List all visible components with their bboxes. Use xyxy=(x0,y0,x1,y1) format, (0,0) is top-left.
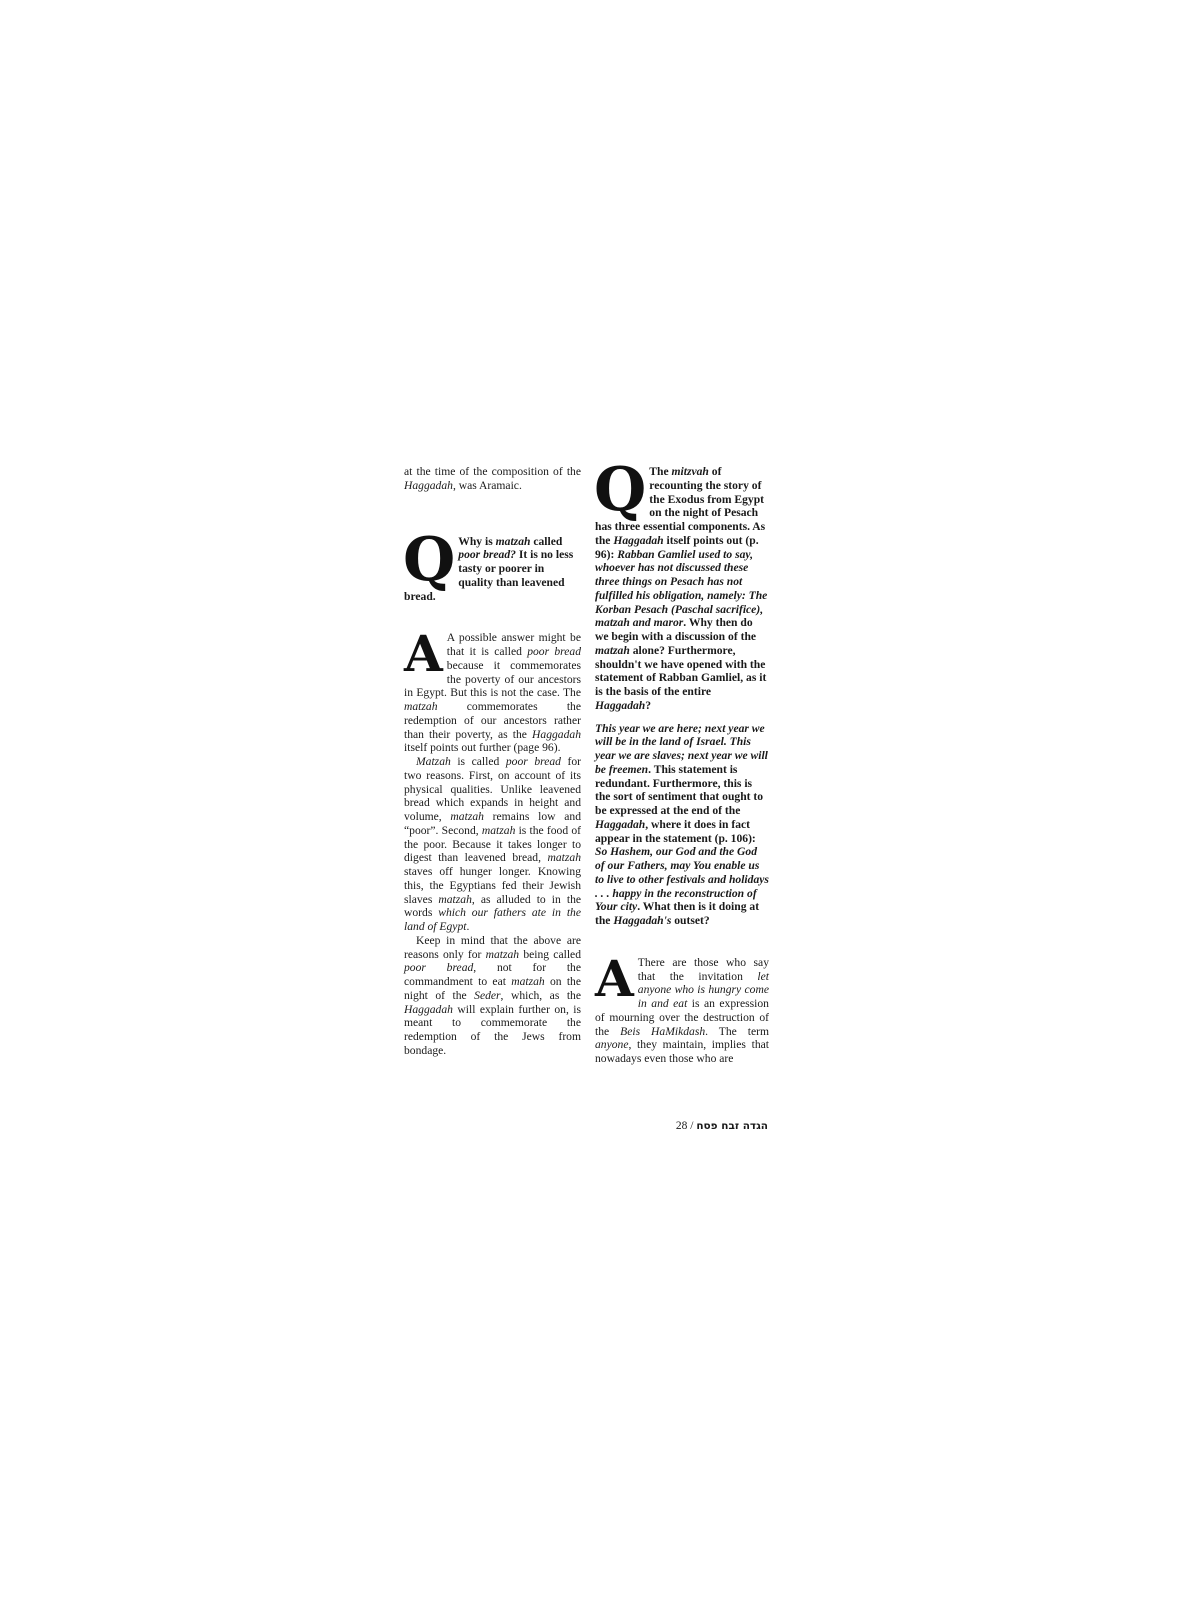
text-run: being called xyxy=(519,948,581,961)
text-run-italic: Haggadah xyxy=(404,1003,453,1016)
page-footer: הגדה זבח פסח / 28 xyxy=(600,1120,768,1132)
text-run-italic: matzah xyxy=(404,700,438,713)
text-run-italic: poor bread xyxy=(404,961,473,974)
text-run: called xyxy=(530,535,562,548)
text-run-italic: anyone xyxy=(595,1038,628,1051)
answer-block: A A possible answer might be that it is … xyxy=(404,631,581,1057)
text-run-italic: Beis HaMikdash xyxy=(620,1025,705,1038)
text-run-italic: matzah xyxy=(595,644,630,657)
spacer xyxy=(595,713,769,722)
text-run-italic: Haggadah xyxy=(532,728,581,741)
text-run: is called xyxy=(451,755,506,768)
text-run-italic: matzah xyxy=(482,824,516,837)
question-paragraph-2: This year we are here; next year we will… xyxy=(595,722,769,928)
continuation-paragraph: at the time of the composition of the Ha… xyxy=(404,465,581,493)
book-page: at the time of the composition of the Ha… xyxy=(0,0,1200,1600)
text-run-italic: matzah xyxy=(548,851,582,864)
text-run-italic: matzah xyxy=(450,810,484,823)
footer-separator: / xyxy=(690,1120,693,1132)
text-run-italic: mitzvah xyxy=(672,465,709,478)
right-column: Q The mitzvah of recounting the story of… xyxy=(595,465,769,1066)
text-run: , was Aramaic. xyxy=(453,479,522,492)
text-run: The xyxy=(649,465,671,478)
text-run-italic: matzah xyxy=(438,893,472,906)
text-run-italic: poor bread? xyxy=(458,548,516,561)
question-block: Q Why is matzah called poor bread? It is… xyxy=(404,535,581,604)
text-run-italic: matzah xyxy=(511,975,545,988)
text-run-italic: Seder xyxy=(474,989,500,1002)
dropcap-a: A xyxy=(595,958,634,999)
text-run-italic: matzah xyxy=(496,535,531,548)
text-run-italic: poor bread xyxy=(506,755,561,768)
text-run: Why is xyxy=(458,535,495,548)
text-run-italic: Haggadah xyxy=(595,699,645,712)
text-run: ? xyxy=(645,699,651,712)
text-run: . The term xyxy=(705,1025,769,1038)
text-run-italic: Haggadah xyxy=(595,818,645,831)
text-run: , which, as the xyxy=(501,989,581,1002)
dropcap-a: A xyxy=(404,633,443,674)
text-run: . xyxy=(466,920,469,933)
text-run-italic: matzah xyxy=(486,948,520,961)
dropcap-q: Q xyxy=(594,466,646,515)
left-column: at the time of the composition of the Ha… xyxy=(404,465,581,1058)
text-run: at the time of the composition of the xyxy=(404,465,581,478)
answer-paragraph-3: Keep in mind that the above are reasons … xyxy=(404,934,581,1058)
answer-block: A There are those who say that the invit… xyxy=(595,956,769,1066)
answer-paragraph-2: Matzah is called poor bread for two reas… xyxy=(404,755,581,934)
text-run: outset? xyxy=(671,914,709,927)
text-run-italic: Haggadah xyxy=(404,479,453,492)
text-run-italic: poor bread xyxy=(527,645,581,658)
text-run-italic: Haggadah xyxy=(613,534,663,547)
page-number: 28 xyxy=(676,1120,688,1132)
text-run: itself points out further (page 96). xyxy=(404,741,560,754)
text-run-italic: Matzah xyxy=(416,755,451,768)
question-block: Q The mitzvah of recounting the story of… xyxy=(595,465,769,928)
running-title-hebrew: הגדה זבח פסח xyxy=(696,1120,768,1132)
text-run-italic: Haggadah's xyxy=(613,914,671,927)
dropcap-q: Q xyxy=(403,536,455,585)
text-run: There are those who say that the invitat… xyxy=(638,956,769,983)
